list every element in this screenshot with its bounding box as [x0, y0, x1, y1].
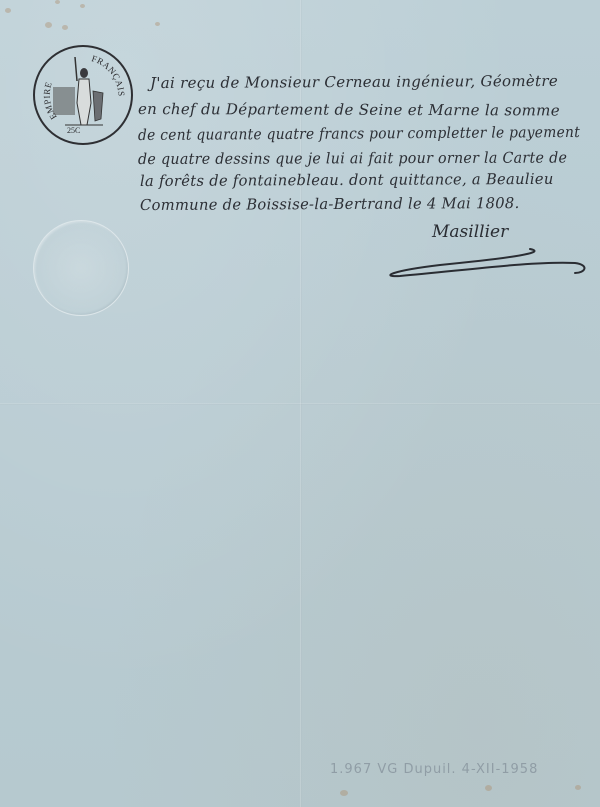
foxing-spot: [55, 0, 60, 4]
foxing-spot: [80, 4, 85, 8]
foxing-spot: [485, 785, 492, 791]
embossed-seal: [33, 220, 129, 316]
text-line-4: de quatre dessins que je lui ai fait pou…: [138, 149, 567, 168]
tax-stamp: EMPIRE FRANÇAIS 25C: [33, 45, 133, 145]
foxing-spot: [575, 785, 581, 790]
foxing-spot: [340, 790, 348, 796]
text-line-6: Commune de Boissise-la-Bertrand le 4 Mai…: [140, 194, 520, 214]
foxing-spot: [45, 22, 52, 28]
horizontal-fold-crease: [0, 403, 600, 405]
archive-pencil-note: 1.967 VG Dupuil. 4-XII-1958: [330, 762, 538, 777]
foxing-spot: [62, 25, 68, 30]
text-line-3: de cent quarante quatre francs pour comp…: [138, 123, 580, 144]
svg-text:25C: 25C: [67, 126, 80, 135]
text-line-5: la forêts de fontainebleau. dont quittan…: [140, 170, 554, 190]
document-page: EMPIRE FRANÇAIS 25C J'ai reçu de Monsieu…: [0, 0, 600, 807]
foxing-spot: [5, 8, 11, 13]
svg-text:FRANÇAIS: FRANÇAIS: [90, 53, 126, 97]
signature-flourish-icon: [380, 245, 590, 281]
foxing-spot: [155, 22, 160, 26]
text-line-2: en chef du Département de Seine et Marne…: [138, 100, 560, 119]
text-line-1: J'ai reçu de Monsieur Cerneau ingénieur,…: [150, 72, 558, 92]
signature: Masillier: [432, 222, 508, 242]
stamp-figure-icon: EMPIRE FRANÇAIS 25C: [35, 47, 131, 143]
